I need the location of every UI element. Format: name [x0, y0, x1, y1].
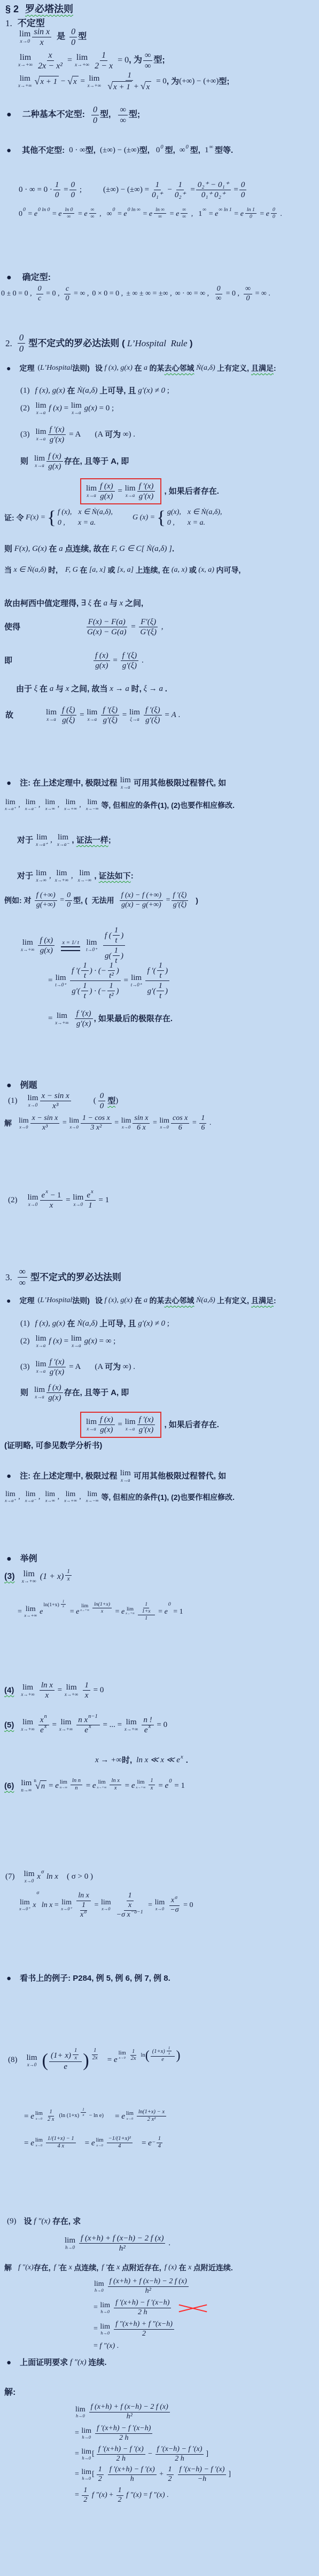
textbook-references: ●看书上的例子: P284, 例 5, 例 6, 例 7, 例 8. — [6, 1973, 170, 1984]
example4: (4)limx→+∞ln xx = limx→+∞1x = 0 — [4, 1680, 104, 1700]
spacer — [107, 1785, 108, 1785]
spacer — [111, 115, 117, 115]
superscript: 0 — [169, 1778, 172, 1785]
limit-operator: limx→a — [46, 709, 57, 722]
spacer — [90, 1608, 91, 1608]
limit-operator: limx→+∞ — [22, 1570, 36, 1584]
spacer — [35, 1725, 37, 1725]
spacer — [90, 1301, 95, 1301]
fraction: 1t — [81, 961, 89, 980]
spacer — [112, 1905, 114, 1906]
spacer — [95, 2474, 96, 2475]
spacer — [80, 945, 85, 946]
fraction: cos x6 — [171, 1114, 189, 1133]
superscript: 0 — [186, 144, 189, 151]
example2: (2)limx→0ex − 1x = limx→0ex1 = 1 — [8, 1190, 109, 1210]
examples-heading: ●例题 — [6, 1080, 37, 1092]
fraction: f ′(x)g′(x) — [48, 1357, 66, 1377]
spacer — [127, 2055, 128, 2056]
fraction: 1/(1+x) − 14 x — [46, 2136, 76, 2150]
limit-operator: limx→+∞ — [18, 75, 32, 88]
superscript: 1x — [166, 2046, 173, 2056]
spacer — [68, 1785, 69, 1785]
spacer — [14, 1690, 20, 1691]
limit-operator: limx→0 — [96, 2138, 104, 2147]
superscript: −σ−1 — [131, 1909, 143, 1916]
substitution-line3: = limx→+∞f ′(x)g′(x), 如果最后的极限存在. — [48, 1009, 173, 1029]
spacer — [98, 715, 100, 715]
spacer — [12, 1559, 20, 1560]
limit-operator: limx→∞ — [36, 869, 46, 883]
superscript: 1x — [64, 1568, 73, 1583]
fraction: f ′(x+h) − f ′(x)h — [108, 2465, 157, 2484]
example9-derivation2: = limh→0f ′(x+h) − f ′(x−h)2 h — [94, 2299, 207, 2317]
spacer — [193, 214, 198, 214]
limit-operator: limx→0 — [24, 1870, 35, 1884]
limit-operator: limx→a⁻ — [25, 1491, 36, 1503]
superscript: limx→012xln((1+x)1xe) — [118, 2048, 181, 2063]
spacer — [105, 2286, 107, 2287]
fraction: 16 — [199, 1114, 206, 1133]
proof-definitions: 证: 令 F(x) ={f (x),x ∈ Ṅ(a,δ),0 ,x = a.G … — [4, 508, 224, 528]
solution2-line4: = limh→0[12f ′(x+h) − f ′(x)h + 12f ′(x−… — [75, 2465, 231, 2484]
fraction: f (+∞)g(+∞) — [35, 891, 57, 910]
fraction: ∞∞ — [143, 50, 152, 71]
fraction: 1t² — [107, 981, 115, 1001]
superscript: x — [45, 1189, 48, 1196]
superscript: 0 — [160, 144, 163, 151]
fraction: 00 — [18, 332, 26, 355]
limit-operator: limx→0 — [159, 1117, 169, 1130]
spacer — [96, 1101, 97, 1101]
spacer — [72, 1101, 94, 1101]
fraction: 1x−σ x−σ−1 — [115, 1892, 145, 1919]
superscript: 0 ln ∞ — [128, 207, 141, 214]
spacer — [92, 2433, 94, 2434]
fraction: 1x — [167, 2046, 172, 2056]
note1-processes: limx→a⁺ ,limx→a⁻ ,limx→∞ ,limx→+∞ ,limx→… — [4, 799, 235, 811]
superscript: n−1 — [88, 1714, 98, 1721]
fraction: 12x — [91, 2048, 99, 2061]
spacer — [59, 1497, 64, 1497]
fraction: 1xσ — [79, 1901, 89, 1920]
fraction: f ′(x)g′(x) — [48, 425, 66, 445]
spacer — [12, 1277, 17, 1278]
fraction: (1+ x)1xe — [49, 2049, 82, 2072]
spacer — [65, 150, 69, 151]
spacer — [58, 570, 65, 571]
spacer — [15, 1577, 21, 1577]
limit-operator: limx→+∞ — [88, 75, 101, 88]
fraction: (1+x)1xe — [151, 2048, 175, 2063]
limit-operator: limt→0⁺ — [55, 974, 66, 987]
spacer — [32, 294, 35, 294]
solution2-line1: limh→0f (x+h) + f (x−h) − 2 f (x)h² — [75, 2403, 171, 2422]
limit-operator: limx→+∞ — [80, 1604, 89, 1613]
superscript: x — [181, 1754, 183, 1761]
fraction: f ′(x+h) − f ′(x−h)2 h — [95, 2424, 152, 2443]
fraction: f (x)g(x) — [98, 1415, 115, 1435]
spacer — [200, 150, 205, 151]
spacer — [90, 60, 92, 61]
spacer — [239, 294, 243, 294]
fraction: F′(ξ)G′(ξ) — [138, 617, 158, 637]
fraction: F(x) − F(a)G(x) − G(a) — [85, 617, 128, 637]
spacer — [85, 115, 90, 115]
fraction: 00 — [65, 891, 72, 910]
spacer — [165, 1905, 167, 1906]
determinate-list: 0 ± 0 = 0 ,0c = 0 ,c0 = ∞ ,0 × 0 = 0 ,± … — [1, 285, 270, 303]
fraction: 14 — [157, 2136, 162, 2150]
sqrt: √x — [141, 81, 152, 92]
fraction: 1t — [81, 981, 89, 1001]
fraction: ln ∞∞ — [154, 207, 166, 220]
spacer — [17, 2221, 24, 2222]
spacer — [90, 368, 95, 369]
fraction: 12 — [116, 2486, 123, 2505]
example7: (7)limx→0 xσ ln x( σ > 0 ) — [5, 1870, 93, 1884]
case-one-sided: 对于 limx→a⁺ ,limx→a⁻ , 证法一样; — [17, 834, 111, 847]
fraction: 00 — [271, 207, 277, 220]
spacer — [175, 150, 180, 151]
ex-sqrt: limx→+∞√x + 1 − √x = limx→+∞1√x + 1 + √x… — [18, 71, 229, 92]
thm2-cond3: (3)limx→af ′(x)g′(x) = A(A 可为 ∞) . — [20, 1357, 135, 1377]
limit-operator: limx→a⁺ — [5, 1491, 16, 1503]
limit-operator: limx→0 — [155, 1899, 165, 1911]
fraction: ln 0∞ — [63, 207, 74, 220]
spacer — [81, 434, 95, 435]
example9-limit: limh→0f (x+h) + f (x−h) − 2 f (x)h² . — [64, 2233, 170, 2253]
spacer — [32, 900, 34, 901]
spacer — [18, 1101, 27, 1101]
spacer — [11, 1978, 20, 1979]
spacer — [141, 715, 143, 715]
fraction: ∞0 — [244, 285, 252, 303]
limit-operator: limx→+∞ — [136, 1780, 146, 1789]
fraction: sin xx — [32, 27, 51, 48]
limit-operator: limx→0 — [28, 1094, 38, 1108]
limit-operator: limx→0 — [69, 1117, 79, 1130]
spacer — [43, 2116, 45, 2116]
spacer — [14, 1786, 20, 1786]
example1-solution: 解limx→0x − sin xx³ = limx→01 − cos x3 x²… — [4, 1114, 211, 1133]
spacer — [12, 278, 22, 278]
spacer — [40, 1497, 44, 1497]
limit-operator: limx→a — [86, 485, 97, 498]
spacer — [114, 518, 133, 518]
superscript: limx→0ln(1+x) − x2 x² — [126, 2109, 167, 2123]
limit-operator: limh→0 — [81, 2448, 91, 2461]
fraction: 00 — [91, 105, 99, 126]
limit-operator: limx→+∞ — [64, 799, 77, 811]
spacer — [28, 1392, 34, 1393]
spacer — [86, 2412, 88, 2412]
spacer — [58, 1877, 67, 1877]
proof-interval: 当 x ∈ Ṅ(a,δ) 时,F, G 在 [a, x] 或 [x, a] 上连… — [4, 565, 240, 575]
fraction: sin x6 x — [133, 1114, 150, 1133]
case-infinity: 对于 limx→∞ ,limx→+∞ ,limx→−∞ , 证法如下: — [17, 869, 134, 883]
fraction: f (x+h) + f (x−h) − 2 f (x)h² — [79, 2233, 165, 2253]
fraction: ln nn — [71, 1778, 82, 1792]
limit-operator: limx→a — [34, 1386, 45, 1399]
superscript: ∞∞ — [180, 207, 189, 220]
limit-operator: limx→0⁺ — [19, 1899, 30, 1911]
fraction: ln xx — [40, 1680, 55, 1700]
fraction: ln x1xσ — [76, 1892, 91, 1919]
fraction: 10 — [53, 180, 61, 200]
limit-operator: limx→+∞ — [65, 1684, 78, 1697]
spacer — [52, 840, 57, 840]
limit-operator: limx→+∞ — [64, 1491, 77, 1503]
limit-operator: limx→+∞ — [21, 939, 34, 952]
spacer — [30, 434, 35, 435]
fraction: f ′(x)g′(x) — [75, 1009, 93, 1029]
document-page: § 2罗必塔法则1.不定型limx→0sin xx是00型limx→+∞x2x … — [0, 0, 319, 2576]
proof-cauchy: 故由柯西中值定理得, ∃ ξ 在 a 与 x 之间, — [4, 598, 143, 609]
superscript: 12x — [90, 2048, 100, 2061]
superscript: limx→+∞ln xx — [97, 1778, 122, 1792]
limit-operator: limx→0 — [121, 1117, 131, 1130]
fraction: f ′(x+h) − f ′(x)2 h — [97, 2445, 145, 2464]
spacer — [33, 60, 35, 61]
limit-operator: limx→+∞ — [21, 1684, 34, 1697]
superscript: 1x — [80, 2107, 87, 2118]
limit-operator: limh→0 — [100, 2302, 110, 2314]
limit-operator: limx→a — [125, 1418, 136, 1431]
spacer — [18, 1200, 27, 1201]
piecewise-cases: {f (x),x ∈ Ṅ(a,δ),0 ,x = a. — [47, 508, 113, 528]
fraction: 12 — [82, 2486, 89, 2505]
fraction: f ′(x+h) − f ′(x−h)2 h — [114, 2299, 171, 2317]
limit-operator: limx→a — [87, 709, 97, 722]
spacer — [135, 1611, 137, 1612]
fraction: n xn−1ex — [76, 1715, 100, 1735]
note-example: 例如: 对f (+∞)g(+∞) =00型, (无法用f (x) − f (+∞… — [4, 891, 198, 910]
spacer — [11, 368, 19, 369]
fraction: f (ξ)g(ξ) — [60, 705, 76, 725]
doc-title: § 2罗必塔法则 — [5, 3, 73, 15]
spacer — [81, 1497, 85, 1497]
superscript: ∞∞ — [88, 207, 97, 220]
superscript: 0 ln 0 — [38, 207, 50, 214]
fraction: f ′(1t) · (−1t²)g′(1t) · (−1t²) — [70, 961, 121, 1001]
limit-operator: limx→0 — [35, 2138, 43, 2147]
spacer — [76, 2243, 78, 2244]
superscript: limx→012 x(ln (1+x)1x − ln e) — [35, 2109, 104, 2123]
fraction: 12 — [97, 2465, 104, 2484]
spacer — [12, 343, 17, 344]
spacer — [73, 876, 77, 876]
examples2-heading: ●举例 — [6, 1554, 37, 1565]
fraction: 00 — [69, 27, 77, 48]
proof-xi-limit: 由于 ξ 在 a 与 x 之间, 故当 x → a 时, ξ → a . — [16, 684, 167, 695]
highlight-box: limx→af (x)g(x) = limx→af ′(x)g′(x) — [80, 1412, 161, 1438]
fraction: x − sin xx³ — [30, 1114, 60, 1133]
thm1-formula-box: limx→af (x)g(x) = limx→af ′(x)g′(x), 如果后… — [80, 478, 219, 504]
example8-line2: = elimx→012 x(ln (1+x)1x − ln e)= elimx→… — [24, 2111, 168, 2123]
spacer — [59, 805, 64, 805]
thm2-cond1: (1)f (x), g(x) 在 Ṅ(a,δ) 上可导, 且 g′(x) ≠ 0… — [20, 1319, 169, 1329]
limit-operator: limx→a — [34, 455, 45, 468]
solution2-line3: = limh→0[f ′(x+h) − f ′(x)2 h − f ′(x−h)… — [75, 2445, 208, 2464]
spacer — [181, 512, 188, 513]
spacer — [175, 523, 188, 524]
spacer — [57, 715, 59, 715]
theorem1: ●定理(L’Hospital法则)设 f (x), g(x) 在 a 的某去心邻… — [6, 363, 276, 373]
spacer — [12, 1123, 18, 1124]
spacer — [12, 24, 18, 24]
spacer — [134, 2116, 136, 2116]
spacer — [104, 2143, 106, 2143]
spacer — [30, 1324, 35, 1324]
limit-operator: limh→0 — [94, 2281, 104, 2293]
spacer — [81, 805, 85, 805]
spacer — [14, 1725, 20, 1725]
fraction: 1x — [61, 1600, 66, 1609]
note1: ●注: 在上述定理中, 极限过程 limx→a 可用其他极限过程替代, 如 — [6, 776, 226, 790]
spacer — [19, 9, 25, 10]
proof-eq2: 即f (x)g(x) = f ′(ξ)g′(ξ) . — [4, 651, 144, 671]
spacer — [11, 1301, 19, 1301]
spacer — [38, 2060, 42, 2061]
superscript: x — [89, 1724, 91, 1731]
fraction: x2x − x² — [36, 50, 64, 71]
limit-operator: limn→∞ — [21, 1779, 32, 1793]
limit-operator: limh→0 — [81, 2469, 91, 2481]
fraction: f ′(ξ)g′(ξ) — [144, 705, 162, 725]
spacer — [111, 2329, 113, 2330]
spacer — [12, 115, 22, 115]
fraction: 1 − cos x3 x² — [81, 1114, 112, 1133]
limit-operator: limx→0 — [119, 2051, 126, 2060]
spacer — [96, 150, 100, 151]
fraction: 1t — [113, 925, 120, 945]
fraction: ln 10 — [245, 207, 256, 220]
limit-operator: limx→−∞ — [86, 1491, 99, 1503]
superscript: x — [149, 1724, 151, 1731]
fraction: 12 — [167, 2465, 174, 2484]
solution2-heading: 解: — [4, 2387, 15, 2399]
fraction: ln(1+x) − x2 x² — [137, 2109, 166, 2123]
growth-order-note: x → +∞时,ln x ≪ x ≪ ex . — [95, 1755, 188, 1766]
thm2-conclusion: 则limx→af (x)g(x)存在, 且等于 A, 即 — [20, 1383, 129, 1403]
superscript: 00 — [270, 207, 278, 220]
spacer — [65, 523, 78, 524]
spacer — [11, 783, 20, 783]
fraction: f (x)g(x) — [46, 452, 63, 471]
example1: (1)limx→0x − sin xx³(00型) — [8, 1091, 118, 1111]
example9-derivation3: = limh→0f ″(x+h) + f ″(x−h)2 — [94, 2320, 175, 2339]
spacer — [146, 1785, 147, 1785]
sqrt: n√n — [34, 1780, 46, 1792]
limit-operator: limx→0 — [101, 1899, 111, 1911]
fraction: 00 — [69, 180, 77, 200]
spacer — [67, 980, 69, 981]
thm2-cond2: (2)limx→a f (x) = limx→a g(x) = ∞ ; — [20, 1335, 115, 1348]
limit-operator: limx→0 — [73, 1194, 83, 1207]
fraction: 1t — [157, 961, 165, 980]
superscript: ∞ — [209, 144, 213, 151]
spacer — [30, 408, 35, 409]
piecewise-cases: {g(x),x ∈ Ṅ(a,δ),0 ,x = a. — [157, 508, 222, 528]
superscript: 1x — [72, 2048, 80, 2061]
superscript: limx→0−1/(1+x)²4 — [96, 2136, 134, 2150]
fraction: x − sin xx³ — [40, 1091, 71, 1111]
spacer — [28, 461, 34, 462]
spacer — [98, 945, 102, 946]
spacer — [142, 980, 144, 981]
superscript: limn→∞ln nn — [59, 1778, 83, 1792]
rewrite-product-difference: 0 · ∞ = 0 ·10 =00 ;(±∞) − (±∞) =10₁⁺ −10… — [19, 180, 247, 200]
limit-operator: limx→a⁻ — [57, 834, 69, 847]
superscript: limx→+∞11+x1 — [125, 1601, 156, 1621]
limit-operator: limx→a — [120, 776, 131, 790]
fraction: 00 — [98, 1091, 106, 1111]
basic-forms: ●二种基本不定型:00型,∞∞型; — [6, 105, 140, 126]
limit-operator: limx→+∞ — [125, 1718, 138, 1732]
spacer — [30, 391, 35, 391]
fraction: 0∞ — [214, 285, 223, 303]
determinate-heading: ●确定型: — [6, 273, 51, 284]
spacer — [150, 150, 156, 151]
proof-omitted: (证明略, 可参见数学分析书) — [4, 1441, 102, 1451]
limit-operator: limx→a — [86, 1418, 97, 1431]
fraction: 1x — [73, 2048, 79, 2061]
fraction: f (x) − f (+∞)g(x) − g(+∞) — [120, 891, 164, 910]
sqrt: √x + 1 — [34, 75, 59, 88]
limit-operator: limx→∞ — [45, 1491, 55, 1503]
superscript: σ — [84, 1909, 87, 1916]
spacer — [138, 1725, 141, 1725]
spacer — [79, 1690, 82, 1691]
limit-operator: limx→−∞ — [78, 869, 91, 883]
fraction: 1x — [127, 1892, 134, 1910]
spacer — [30, 1341, 35, 1342]
substitution-equals: x = 1/ t — [61, 940, 80, 952]
fraction: 1x — [149, 1778, 154, 1792]
thm2-formula-box: limx→af (x)g(x) = limx→af ′(x)g′(x), 如果后… — [80, 1412, 219, 1438]
superscript: σ — [41, 1869, 44, 1876]
fraction: 10₂⁺ — [173, 180, 188, 200]
fraction: ∞∞ — [118, 105, 127, 126]
limit-operator: limx→0 — [19, 1117, 29, 1130]
limit-operator: limx→a — [36, 428, 46, 441]
spacer — [40, 805, 44, 805]
superscript: σ — [175, 1895, 177, 1901]
spacer — [209, 294, 213, 294]
fraction: f ′(x)g′(x) — [137, 1415, 155, 1435]
continuity-requirement-note: ●上面证明要求 f ″(x) 连续. — [6, 2357, 107, 2368]
spacer — [175, 2474, 177, 2475]
limit-operator: limx→0⁺ — [61, 1899, 72, 1911]
spacer — [35, 1690, 38, 1691]
fraction: f ′(x−h) − f ′(x)2 h — [155, 2445, 204, 2464]
spacer — [189, 900, 196, 901]
example8-line3: = elimx→01/(1+x) − 14 x= elimx→0−1/(1+x)… — [24, 2137, 164, 2150]
sqrt: √x + 1 — [107, 81, 132, 92]
fraction: f (1t)g(1t) — [103, 925, 125, 966]
fraction: n !ex — [142, 1715, 153, 1735]
spacer — [12, 2268, 18, 2268]
fraction: ex1 — [85, 1190, 95, 1210]
example9-solution-note: 解f ″(x)存在,f ′在 x 点连续,f ′在 x 点附近存在,f (x) … — [4, 2263, 233, 2273]
superscript: 0 — [23, 207, 26, 214]
note2-processes: limx→a⁺ ,limx→a⁻ ,limx→∞ ,limx→+∞ ,limx→… — [4, 1491, 235, 1503]
fraction: ∞∞ — [18, 1266, 27, 1289]
proof-eq1: 使得F(x) − F(a)G(x) − G(a) = F′(ξ)G′(ξ) , — [4, 617, 163, 637]
limit-operator: limx→a — [125, 485, 136, 498]
fraction: f (x)g(x) — [98, 481, 115, 501]
